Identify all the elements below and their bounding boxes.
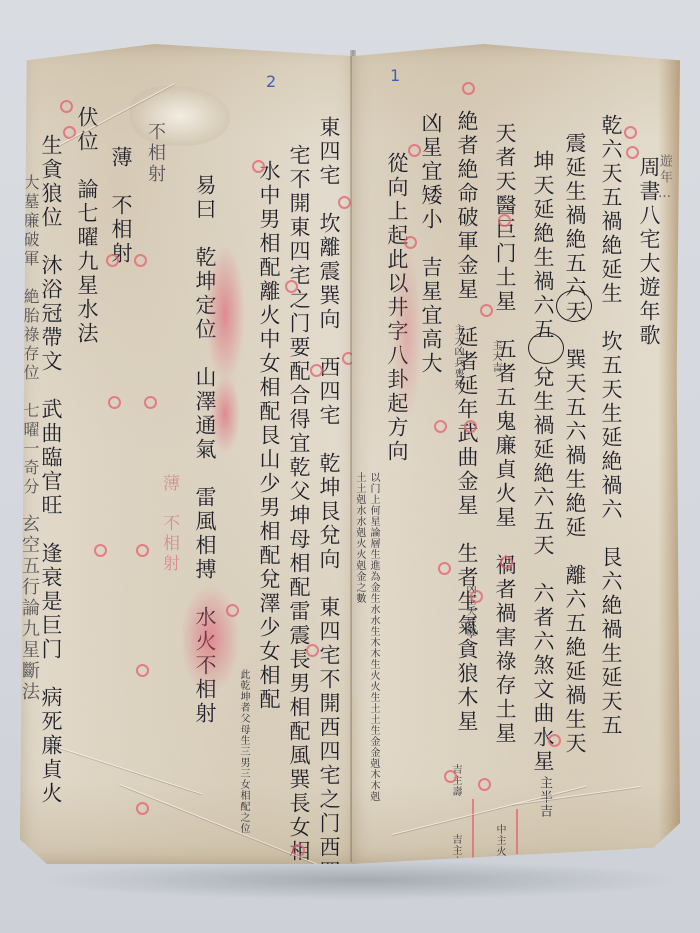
red-dot — [136, 664, 149, 677]
annotation-column: 主大吉 — [490, 340, 500, 373]
circled-character — [528, 332, 564, 364]
red-dot — [548, 734, 561, 747]
text-column: 伏位 論七曜九星水法 — [76, 106, 97, 346]
text-column: 乾六天五禍絶延生 坎五天生延絶禍六 艮六絶禍生延天五 — [600, 114, 621, 738]
text-column: 大墓廉破軍 絶胎祿存位 七曜一奇分 — [22, 174, 38, 497]
red-dot — [626, 146, 639, 159]
red-dot — [480, 304, 493, 317]
red-smear — [392, 244, 422, 424]
red-dot — [134, 254, 147, 267]
red-dot — [478, 778, 491, 791]
text-column: 遊年… — [658, 154, 671, 204]
red-dot — [94, 544, 107, 557]
red-smear — [210, 374, 240, 454]
red-dot — [444, 770, 457, 783]
open-manuscript: 2 東四宅 坎離震巽向 西四宅 乾坤艮兌向 東四宅不開西四宅之门西四 宅不開東四… — [20, 44, 680, 874]
red-smear — [205, 244, 245, 384]
red-dot — [434, 420, 447, 433]
red-dot — [624, 126, 637, 139]
page-number-left: 2 — [266, 72, 276, 91]
text-column: 不相射 — [146, 122, 164, 185]
circled-character — [556, 290, 592, 322]
red-dot — [285, 280, 298, 293]
annotation-column: 主大凶兵喪死 — [452, 324, 462, 390]
red-rule — [516, 809, 518, 854]
red-dot — [470, 590, 483, 603]
red-dot — [462, 82, 475, 95]
red-smear — [180, 584, 240, 694]
red-dot — [136, 802, 149, 815]
heading-column: 周書八宅大遊年歌 — [638, 156, 659, 348]
text-column: 東四宅 坎離震巽向 西四宅 乾坤艮兌向 東四宅不開西四宅之门西四 — [318, 116, 339, 884]
page-number-right: 1 — [390, 66, 400, 85]
right-page: 1 遊年… 周書八宅大遊年歌 乾六天五禍絶延生 坎五天生延絶禍六 艮六絶禍生延天… — [352, 44, 680, 864]
red-dot — [310, 364, 323, 377]
red-dot — [108, 396, 121, 409]
annotation-column: 以门上何星論層生進為金生水水生木木生火火生土土生金金剋木木剋 — [368, 472, 378, 802]
text-column: 震延生禍絶五六天 巽天五六禍生絶延 離六五絶延禍生天 — [564, 132, 585, 756]
text-column: 水中男相配離火中女相配艮山少男相配兌澤少女相配 — [258, 160, 279, 712]
red-annotation: 薄 不相射 — [160, 474, 177, 574]
paper-crease — [392, 786, 586, 835]
red-dot — [106, 254, 119, 267]
text-column: 坤天延絶生禍六五 兌生禍延絶六五天 六者六煞文曲水星 — [532, 150, 553, 774]
red-dot — [498, 214, 511, 227]
red-dot — [464, 420, 477, 433]
text-column: 薄 不相射 — [110, 146, 131, 266]
red-dot — [252, 160, 265, 173]
red-dot — [306, 644, 319, 657]
red-dot — [144, 396, 157, 409]
red-dot — [60, 100, 73, 113]
annotation-column: 土土剋水水剋火火剋金之數 — [354, 472, 364, 604]
text-column: 凶星宜矮小 吉星宜高大 — [420, 112, 441, 376]
annotation-column: 中主火 — [494, 824, 504, 857]
red-dot — [408, 144, 421, 157]
red-dot — [500, 556, 513, 569]
text-column: 生貪狼位 沐浴冠帶文 武曲臨官旺 逢衰是巨门 病死廉貞火 — [40, 134, 61, 806]
red-dot — [438, 562, 451, 575]
text-column: 玄空五行論九星斷法 — [20, 514, 38, 703]
red-rule — [472, 799, 474, 859]
red-dot — [136, 544, 149, 557]
left-page: 2 東四宅 坎離震巽向 西四宅 乾坤艮兌向 東四宅不開西四宅之门西四 宅不開東四… — [20, 44, 356, 864]
text-column: 宅不開東四宅之门要配合得宜乾父坤母相配雷震長男相配風巽長女相配坎 — [288, 144, 309, 912]
red-dot — [226, 604, 239, 617]
